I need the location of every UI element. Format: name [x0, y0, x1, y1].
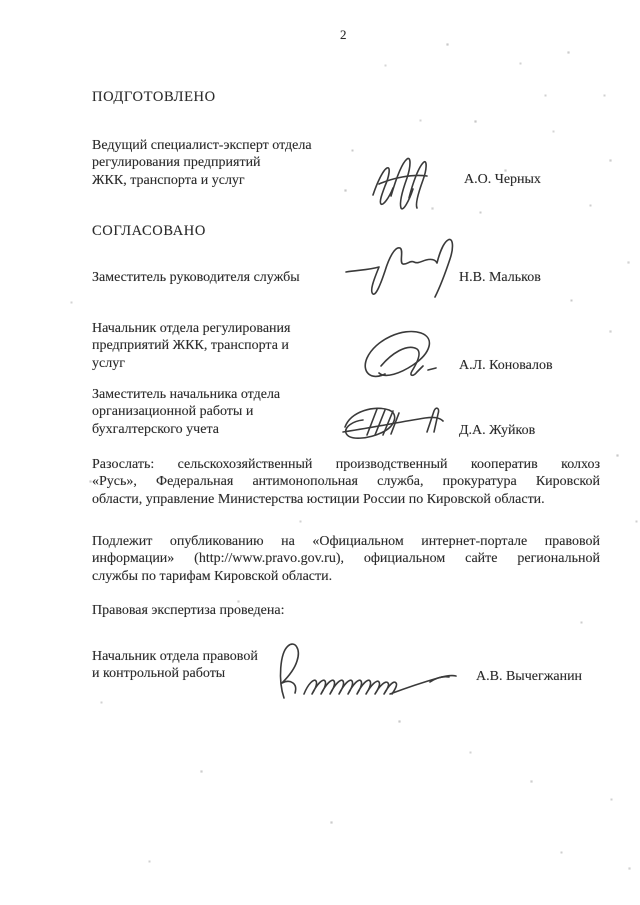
job-title-line: Заместитель руководителя службы: [92, 269, 300, 286]
page-number: 2: [340, 26, 347, 43]
job-title-line: организационной работы и: [92, 403, 280, 420]
signee-name-vychegzhanin: А.В. Вычегжанин: [476, 668, 582, 685]
job-title-line: Заместитель начальника отдела: [92, 386, 280, 403]
heading-prepared: ПОДГОТОВЛЕНО: [92, 89, 216, 106]
signee-name-malkov: Н.В. Мальков: [459, 269, 541, 286]
job-title-line: Начальник отдела регулирования: [92, 320, 290, 337]
paragraph-line: информации» (http://www.pravo.gov.ru), о…: [92, 550, 600, 567]
job-title-line: и контрольной работы: [92, 665, 258, 682]
signee-name-konovalov: А.Л. Коновалов: [459, 357, 553, 374]
paragraph-line: «Русь», Федеральная антимонопольная служ…: [92, 473, 600, 490]
konovalov-signature: [358, 326, 446, 384]
heading-agreed: СОГЛАСОВАНО: [92, 223, 206, 240]
paragraph-line: службы по тарифам Кировской области.: [92, 568, 600, 585]
job-title-line: ЖКК, транспорта и услуг: [92, 172, 312, 189]
job-title-konovalov: Начальник отдела регулирования предприят…: [92, 320, 290, 372]
paragraph-distribution: Разослать: сельскохозяйственный производ…: [92, 456, 600, 508]
legal-review-label: Правовая экспертиза проведена:: [92, 602, 284, 619]
chernykh-signature: [368, 155, 430, 211]
job-title-prepared: Ведущий специалист-эксперт отдела регули…: [92, 137, 312, 189]
malkov-signature: [344, 234, 458, 298]
job-title-malkov: Заместитель руководителя службы: [92, 269, 300, 286]
paragraph-line: области, управление Министерства юстиции…: [92, 491, 600, 508]
paragraph-line: Подлежит опубликованию на «Официальном и…: [92, 533, 600, 550]
job-title-line: Начальник отдела правовой: [92, 648, 258, 665]
vychegzhanin-signature: [268, 640, 460, 704]
job-title-line: регулирования предприятий: [92, 154, 312, 171]
paragraph-line: Разослать: сельскохозяйственный производ…: [92, 456, 600, 473]
zhuykov-signature: [340, 401, 454, 446]
job-title-line: услуг: [92, 355, 290, 372]
paragraph-publication: Подлежит опубликованию на «Официальном и…: [92, 533, 600, 585]
signee-name-zhuykov: Д.А. Жуйков: [459, 422, 535, 439]
job-title-vychegzhanin: Начальник отдела правовой и контрольной …: [92, 648, 258, 683]
job-title-zhuykov: Заместитель начальника отдела организаци…: [92, 386, 280, 438]
job-title-line: бухгалтерского учета: [92, 421, 280, 438]
signee-name-chernykh: А.О. Черных: [464, 171, 541, 188]
job-title-line: предприятий ЖКК, транспорта и: [92, 337, 290, 354]
scanned-document-page: 2 ПОДГОТОВЛЕНО Ведущий специалист-экспер…: [0, 0, 640, 905]
scan-noise: [0, 0, 1, 1]
job-title-line: Ведущий специалист-эксперт отдела: [92, 137, 312, 154]
